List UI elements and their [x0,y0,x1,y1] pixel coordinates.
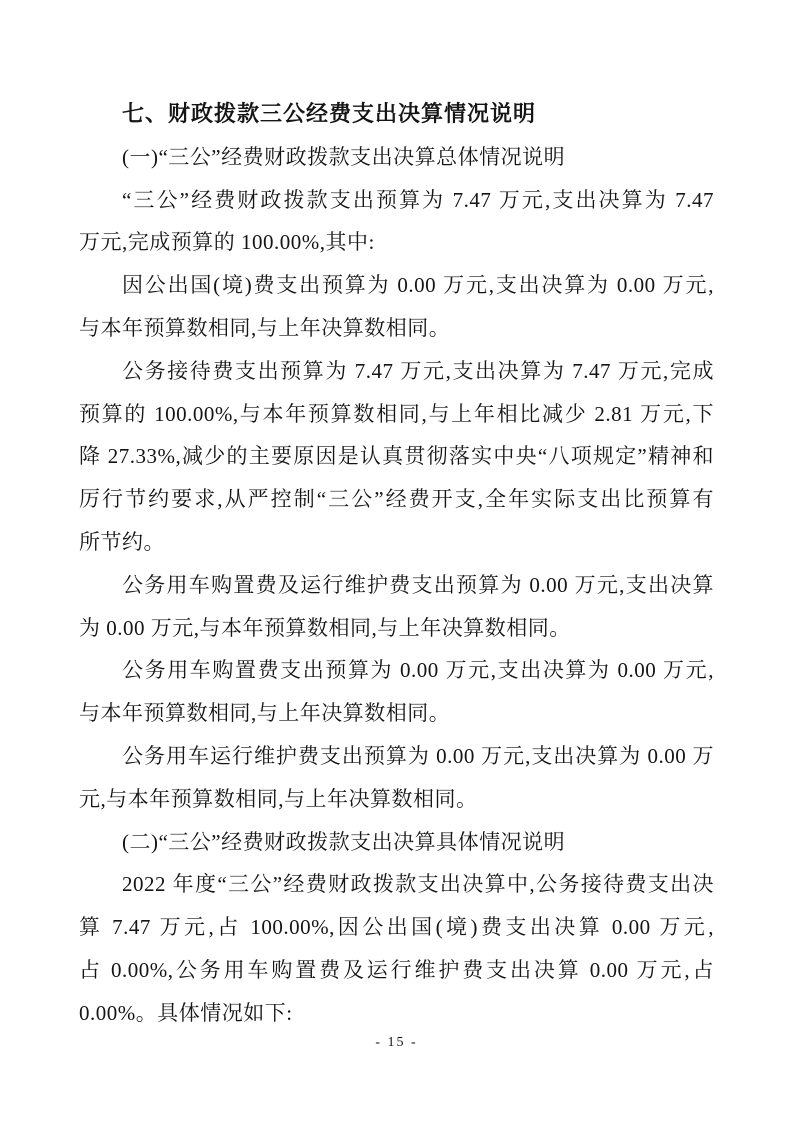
body-line-specific-3: 占 0.00%,公务用车购置费及运行维护费支出决算 0.00 万元,占 [79,949,714,992]
subsection-heading-1: (一)“三公”经费财政拨款支出决算总体情况说明 [79,136,714,179]
body-line-vehicle-maint-2: 元,与本年预算数相同,与上年决算数相同。 [79,778,714,821]
body-line-reception-2: 预算的 100.00%,与本年预算数相同,与上年相比减少 2.81 万元,下 [79,393,714,436]
section-heading: 七、财政拨款三公经费支出决算情况说明 [79,93,714,136]
body-line-vehicle-purchase-1: 公务用车购置费支出预算为 0.00 万元,支出决算为 0.00 万元, [79,649,714,692]
subsection-heading-2: (二)“三公”经费财政拨款支出决算具体情况说明 [79,821,714,864]
body-line-overseas-2: 与本年预算数相同,与上年决算数相同。 [79,307,714,350]
body-line-vehicle-total-1: 公务用车购置费及运行维护费支出预算为 0.00 万元,支出决算 [79,564,714,607]
body-line-vehicle-total-2: 为 0.00 万元,与本年预算数相同,与上年决算数相同。 [79,607,714,650]
body-line-reception-3: 降 27.33%,减少的主要原因是认真贯彻落实中央“八项规定”精神和 [79,435,714,478]
body-line-reception-4: 厉行节约要求,从严控制“三公”经费开支,全年实际支出比预算有 [79,478,714,521]
body-line-overall-1: “三公”经费财政拨款支出预算为 7.47 万元,支出决算为 7.47 [79,179,714,222]
body-line-reception-5: 所节约。 [79,521,714,564]
body-line-specific-4: 0.00%。具体情况如下: [79,992,714,1035]
body-line-vehicle-maint-1: 公务用车运行维护费支出预算为 0.00 万元,支出决算为 0.00 万 [79,735,714,778]
body-line-overseas-1: 因公出国(境)费支出预算为 0.00 万元,支出决算为 0.00 万元, [79,264,714,307]
body-line-specific-2: 算 7.47 万元,占 100.00%,因公出国(境)费支出决算 0.00 万元… [79,906,714,949]
body-line-overall-2: 万元,完成预算的 100.00%,其中: [79,221,714,264]
body-line-vehicle-purchase-2: 与本年预算数相同,与上年决算数相同。 [79,692,714,735]
page-number: - 15 - [0,1033,793,1053]
document-page: 七、财政拨款三公经费支出决算情况说明 (一)“三公”经费财政拨款支出决算总体情况… [0,0,793,1122]
body-line-specific-1: 2022 年度“三公”经费财政拨款支出决算中,公务接待费支出决 [79,863,714,906]
document-body: 七、财政拨款三公经费支出决算情况说明 (一)“三公”经费财政拨款支出决算总体情况… [79,93,714,1035]
body-line-reception-1: 公务接待费支出预算为 7.47 万元,支出决算为 7.47 万元,完成 [79,350,714,393]
